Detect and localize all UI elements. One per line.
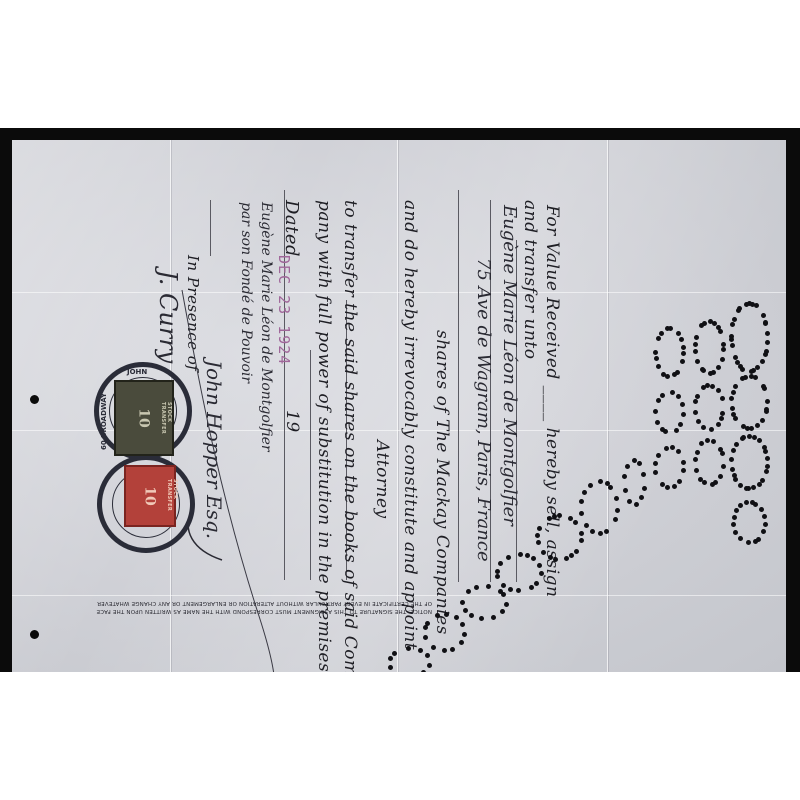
perforation-hole	[655, 420, 660, 425]
perforation-hole	[746, 540, 751, 545]
perforation-hole	[734, 508, 739, 513]
perforation-hole	[444, 612, 449, 617]
perforation-hole	[693, 342, 698, 347]
perforation-hole	[590, 529, 595, 534]
perforation-hole	[469, 613, 474, 618]
perforation-hole	[677, 479, 682, 484]
perforation-hole	[765, 464, 770, 469]
perforation-hole	[705, 438, 710, 443]
perforation-hole	[498, 561, 503, 566]
perforation-hole	[676, 449, 681, 454]
perforation-hole	[537, 526, 542, 531]
perforation-hole	[760, 359, 765, 364]
perforation-hole	[392, 651, 397, 656]
perforation-hole	[659, 331, 664, 336]
perforation-hole	[721, 342, 726, 347]
perforation-hole	[539, 571, 544, 576]
perforation-hole	[598, 531, 603, 536]
perforation-hole	[760, 418, 765, 423]
perforation-hole	[664, 446, 669, 451]
perforation-hole	[508, 587, 513, 592]
perforation-hole	[537, 563, 542, 568]
perforation-hole	[431, 645, 436, 650]
perforation-hole	[427, 663, 432, 668]
perforation-hole	[730, 322, 735, 327]
perforation-hole	[425, 621, 430, 626]
perforation-hole	[701, 425, 706, 430]
perforation-hole	[738, 483, 743, 488]
perforation-hole	[757, 482, 762, 487]
perforation-hole	[738, 364, 743, 369]
perforation-hole	[622, 474, 627, 479]
perforation-hole	[710, 384, 715, 389]
perforation-hole	[654, 356, 659, 361]
perforation-hole	[730, 406, 735, 411]
perforation-hole	[695, 394, 700, 399]
perforation-hole	[670, 390, 675, 395]
perforation-hole	[641, 472, 646, 477]
perforation-hole	[625, 464, 630, 469]
perforation-hole	[557, 513, 562, 518]
perforation-hole	[699, 441, 704, 446]
perforation-hole	[693, 410, 698, 415]
perforation-hole	[733, 355, 738, 360]
perforation-hole	[531, 556, 536, 561]
perforation-hole	[435, 613, 440, 618]
perforation-hole	[553, 557, 558, 562]
perforation-hole	[733, 384, 738, 389]
perforation-hole	[753, 539, 758, 544]
perforation-hole	[463, 608, 468, 613]
perforation-hole	[495, 569, 500, 574]
perforation-hole	[761, 529, 766, 534]
perforation-hole	[765, 331, 770, 336]
perforation-hole	[737, 306, 742, 311]
perforation-hole	[479, 616, 484, 621]
perforation-hole	[762, 386, 767, 391]
perforation-hole	[681, 345, 686, 350]
perforation-hole	[674, 428, 679, 433]
perforation-hole	[720, 396, 725, 401]
perforation-hole	[460, 622, 465, 627]
perforation-hole	[695, 450, 700, 455]
perforation-hole	[529, 585, 534, 590]
perforation-hole	[720, 357, 725, 362]
perforation-hole	[763, 522, 768, 527]
perforation-hole	[693, 457, 698, 462]
perforation-hole	[738, 536, 743, 541]
perforation-hole	[501, 583, 506, 588]
perforation-hole	[500, 609, 505, 614]
perforation-hole	[762, 514, 767, 519]
perforation-hole	[388, 656, 393, 661]
perforation-hole	[729, 457, 734, 462]
perforation-hole	[763, 449, 768, 454]
perforation-hole	[679, 337, 684, 342]
perforation-hole	[423, 635, 428, 640]
perforation-hole	[637, 461, 642, 466]
perforation-hole	[694, 335, 699, 340]
perforation-hole	[552, 514, 557, 519]
perforation-hole	[705, 383, 710, 388]
perforation-hole	[613, 517, 618, 522]
perforation-hole	[734, 442, 739, 447]
perforation-hole	[564, 556, 569, 561]
perforation-hole	[693, 399, 698, 404]
perforation-hole	[665, 374, 670, 379]
perforation-hole	[442, 648, 447, 653]
perforation-hole	[653, 350, 658, 355]
perforation-hole	[486, 584, 491, 589]
perforation-hole	[733, 530, 738, 535]
perforation-hole	[653, 409, 658, 414]
perforation-hole	[718, 474, 723, 479]
perforation-hole	[450, 647, 455, 652]
perforation-hole	[676, 394, 681, 399]
perforation-hole	[765, 340, 770, 345]
document-paper: For Value Received ____ hereby sell, ass…	[12, 140, 786, 672]
perforation-hole	[678, 422, 683, 427]
perforation-hole	[574, 549, 579, 554]
perforation-hole	[418, 648, 423, 653]
perforation-hole	[754, 303, 759, 308]
perforation-hole	[753, 502, 758, 507]
perforation-hole	[681, 412, 686, 417]
perforation-hole	[501, 592, 506, 597]
perforation-hole	[639, 495, 644, 500]
perforation-hole	[388, 665, 393, 670]
perforation-hole	[525, 553, 530, 558]
perforation-hole	[731, 448, 736, 453]
perforation-hole	[672, 372, 677, 377]
perforation-hole	[460, 600, 465, 605]
perforation-hole	[755, 423, 760, 428]
perforation-hole	[604, 529, 609, 534]
perforation-hole	[660, 482, 665, 487]
perforation-hole	[741, 424, 746, 429]
perforation-hole	[634, 502, 639, 507]
perforation-hole	[759, 507, 764, 512]
perforation-hole	[710, 482, 715, 487]
perforation-hole	[681, 468, 686, 473]
perforation-hole	[716, 422, 721, 427]
perforation-hole	[406, 646, 411, 651]
perforation-hole	[763, 352, 768, 357]
perforation-hole	[730, 343, 735, 348]
perforation-hole	[670, 445, 675, 450]
perforation-hole	[719, 416, 724, 421]
perforation-hole	[495, 574, 500, 579]
perforation-hole	[627, 499, 632, 504]
perforation-hole	[518, 552, 523, 557]
perforation-hole	[749, 369, 754, 374]
perforation-hole	[761, 313, 766, 318]
perforation-hole	[744, 500, 749, 505]
perforation-hole	[672, 484, 677, 489]
perforation-hole	[588, 483, 593, 488]
perforation-hole	[623, 488, 628, 493]
perforation-hole	[423, 625, 428, 630]
perforation-hole	[694, 468, 699, 473]
perforation-hole	[696, 419, 701, 424]
perforation-hole	[653, 461, 658, 466]
perforation-hole	[656, 336, 661, 341]
perforation-hole	[732, 515, 737, 520]
perforation-hole	[743, 375, 748, 380]
perforation-hole	[665, 485, 670, 490]
perforation-hole	[765, 399, 770, 404]
perforation-hole	[693, 349, 698, 354]
perforation-hole	[536, 540, 541, 545]
perforation-hole	[656, 453, 661, 458]
perforation-hole	[491, 615, 496, 620]
perforation-hole	[731, 390, 736, 395]
perforation-hole	[653, 470, 658, 475]
perforation-hole	[504, 602, 509, 607]
perforation-hole	[579, 511, 584, 516]
perforation-hole	[765, 456, 770, 461]
perforation-hole	[656, 398, 661, 403]
perforation-hole	[721, 347, 726, 352]
perforation-hole	[466, 589, 471, 594]
perforation-hole	[534, 581, 539, 586]
perforation-hole	[718, 329, 723, 334]
perforation-hole	[764, 409, 769, 414]
perforation-hole	[598, 479, 603, 484]
perforation-hole	[741, 435, 746, 440]
perforation-hole	[716, 365, 721, 370]
perforation-hole	[676, 331, 681, 336]
perforation-hole	[681, 351, 686, 356]
perforation-hole	[729, 396, 734, 401]
perforation-hole	[751, 485, 756, 490]
perforation-hole	[506, 555, 511, 560]
perforation-hole	[516, 588, 521, 593]
perforation-hole	[547, 516, 552, 521]
perforation-hole	[720, 451, 725, 456]
perforation-hole	[569, 553, 574, 558]
perforation-hole	[579, 538, 584, 543]
perforation-hole	[535, 533, 540, 538]
perforation-hole	[708, 371, 713, 376]
perforation-hole	[454, 615, 459, 620]
perforation-hole	[680, 402, 685, 407]
perforation-hole	[747, 434, 752, 439]
perforation-hole	[584, 523, 589, 528]
perforation-hole	[660, 393, 665, 398]
perforation-hole	[660, 427, 665, 432]
perforation-hole	[757, 438, 762, 443]
perforation-hole	[656, 364, 661, 369]
perforation-hole	[744, 486, 749, 491]
perforation-hole	[614, 496, 619, 501]
perforation-hole	[695, 359, 700, 364]
perforation-hole	[421, 670, 426, 672]
perforation-hole	[582, 490, 587, 495]
perforation-hole	[680, 359, 685, 364]
perforation-hole	[709, 427, 714, 432]
perforation-hole	[738, 503, 743, 508]
perforation-hole	[462, 632, 467, 637]
perforation-hole	[541, 550, 546, 555]
perforation-hole	[668, 326, 673, 331]
perforation-hole	[474, 585, 479, 590]
perforation-hole	[579, 499, 584, 504]
perforation-hole	[681, 460, 686, 465]
perforation-hole	[425, 653, 430, 658]
perforation-hole	[764, 469, 769, 474]
perforation-hole	[755, 365, 760, 370]
perforation-hole	[579, 531, 584, 536]
perforation-hole	[459, 640, 464, 645]
perforation-hole	[568, 516, 573, 521]
cancellation-perforation	[12, 140, 786, 672]
perforation-hole	[573, 520, 578, 525]
perforation-hole	[753, 375, 758, 380]
perforation-hole	[642, 486, 647, 491]
perforation-hole	[608, 485, 613, 490]
perforation-hole	[548, 555, 553, 560]
perforation-hole	[716, 388, 721, 393]
perforation-hole	[702, 480, 707, 485]
perforation-hole	[702, 321, 707, 326]
perforation-hole	[615, 508, 620, 513]
perforation-hole	[731, 522, 736, 527]
perforation-hole	[732, 317, 737, 322]
perforation-hole	[711, 439, 716, 444]
perforation-hole	[730, 467, 735, 472]
perforation-hole	[721, 464, 726, 469]
